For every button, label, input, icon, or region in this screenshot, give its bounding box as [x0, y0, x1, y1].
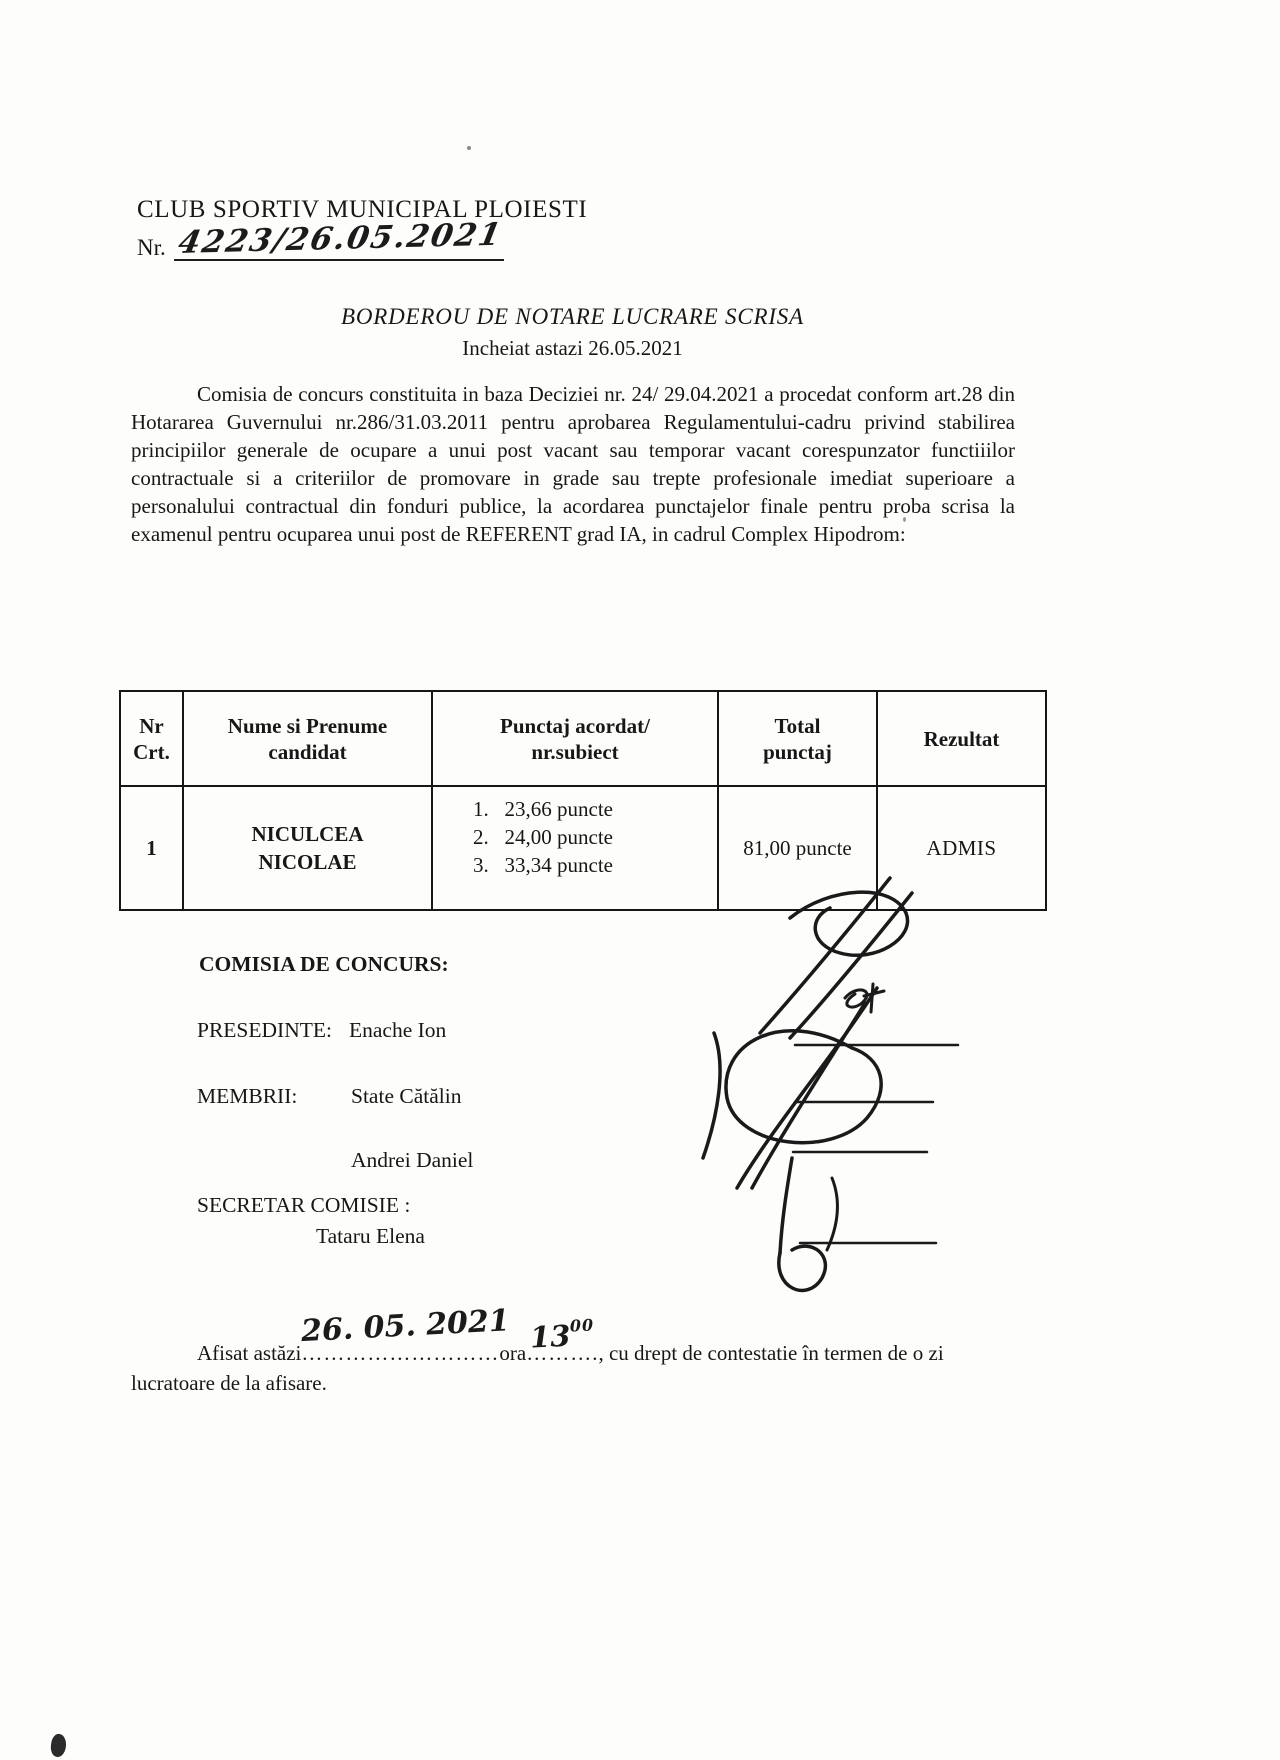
document-subtitle: Incheiat astazi 26.05.2021 [130, 336, 1015, 361]
scan-ink-blob [49, 1733, 67, 1758]
header-total: Total punctaj [718, 691, 877, 786]
handwritten-registration-number: 4223/26.05.2021 [176, 220, 505, 258]
member-name-2: Andrei Daniel [351, 1148, 473, 1173]
date-dotted-field: ………………………26. 05. 2021 [301, 1338, 499, 1368]
secretary-name: Tataru Elena [316, 1224, 425, 1249]
ora-label: ora [499, 1341, 526, 1365]
intro-paragraph: Comisia de concurs constituita in baza D… [131, 380, 1015, 548]
president-name: Enache Ion [349, 1018, 446, 1043]
header-result: Rezultat [877, 691, 1046, 786]
commission-heading: COMISIA DE CONCURS: [199, 952, 449, 977]
scan-speck [903, 517, 906, 522]
members-label: MEMBRII: [197, 1084, 297, 1109]
header-scores: Punctaj acordat/ nr.subiect [432, 691, 718, 786]
header-nr-crt: Nr Crt. [120, 691, 183, 786]
table-header-row: Nr Crt. Nume si Prenume candidat Punctaj… [120, 691, 1046, 786]
secretary-label: SECRETAR COMISIE : [197, 1193, 410, 1218]
header-candidate-name: Nume si Prenume candidat [183, 691, 432, 786]
time-dotted-field: ……….1300 [526, 1338, 598, 1368]
nr-underline: 4223/26.05.2021 [174, 228, 504, 261]
member-name-1: State Cătălin [351, 1084, 461, 1109]
scanned-document-page: CLUB SPORTIV MUNICIPAL PLOIESTI Nr.4223/… [0, 0, 1280, 1760]
posting-prefix: Afisat astăzi [197, 1341, 301, 1365]
handwritten-time: 1300 [525, 1310, 599, 1353]
president-label: PRESEDINTE: [197, 1018, 332, 1043]
signature-scribbles-icon [640, 856, 985, 1326]
scan-speck [467, 146, 471, 150]
registration-number-line: Nr.4223/26.05.2021 [137, 228, 504, 261]
cell-nr: 1 [120, 786, 183, 910]
nr-label: Nr. [137, 235, 166, 260]
cell-candidate-name: NICULCEA NICOLAE [183, 786, 432, 910]
posting-note: Afisat astăzi………………………26. 05. 2021ora………… [131, 1338, 1017, 1398]
handwritten-minutes-superscript: 00 [570, 1315, 595, 1335]
document-title: BORDEROU DE NOTARE LUCRARE SCRISA [130, 304, 1015, 330]
